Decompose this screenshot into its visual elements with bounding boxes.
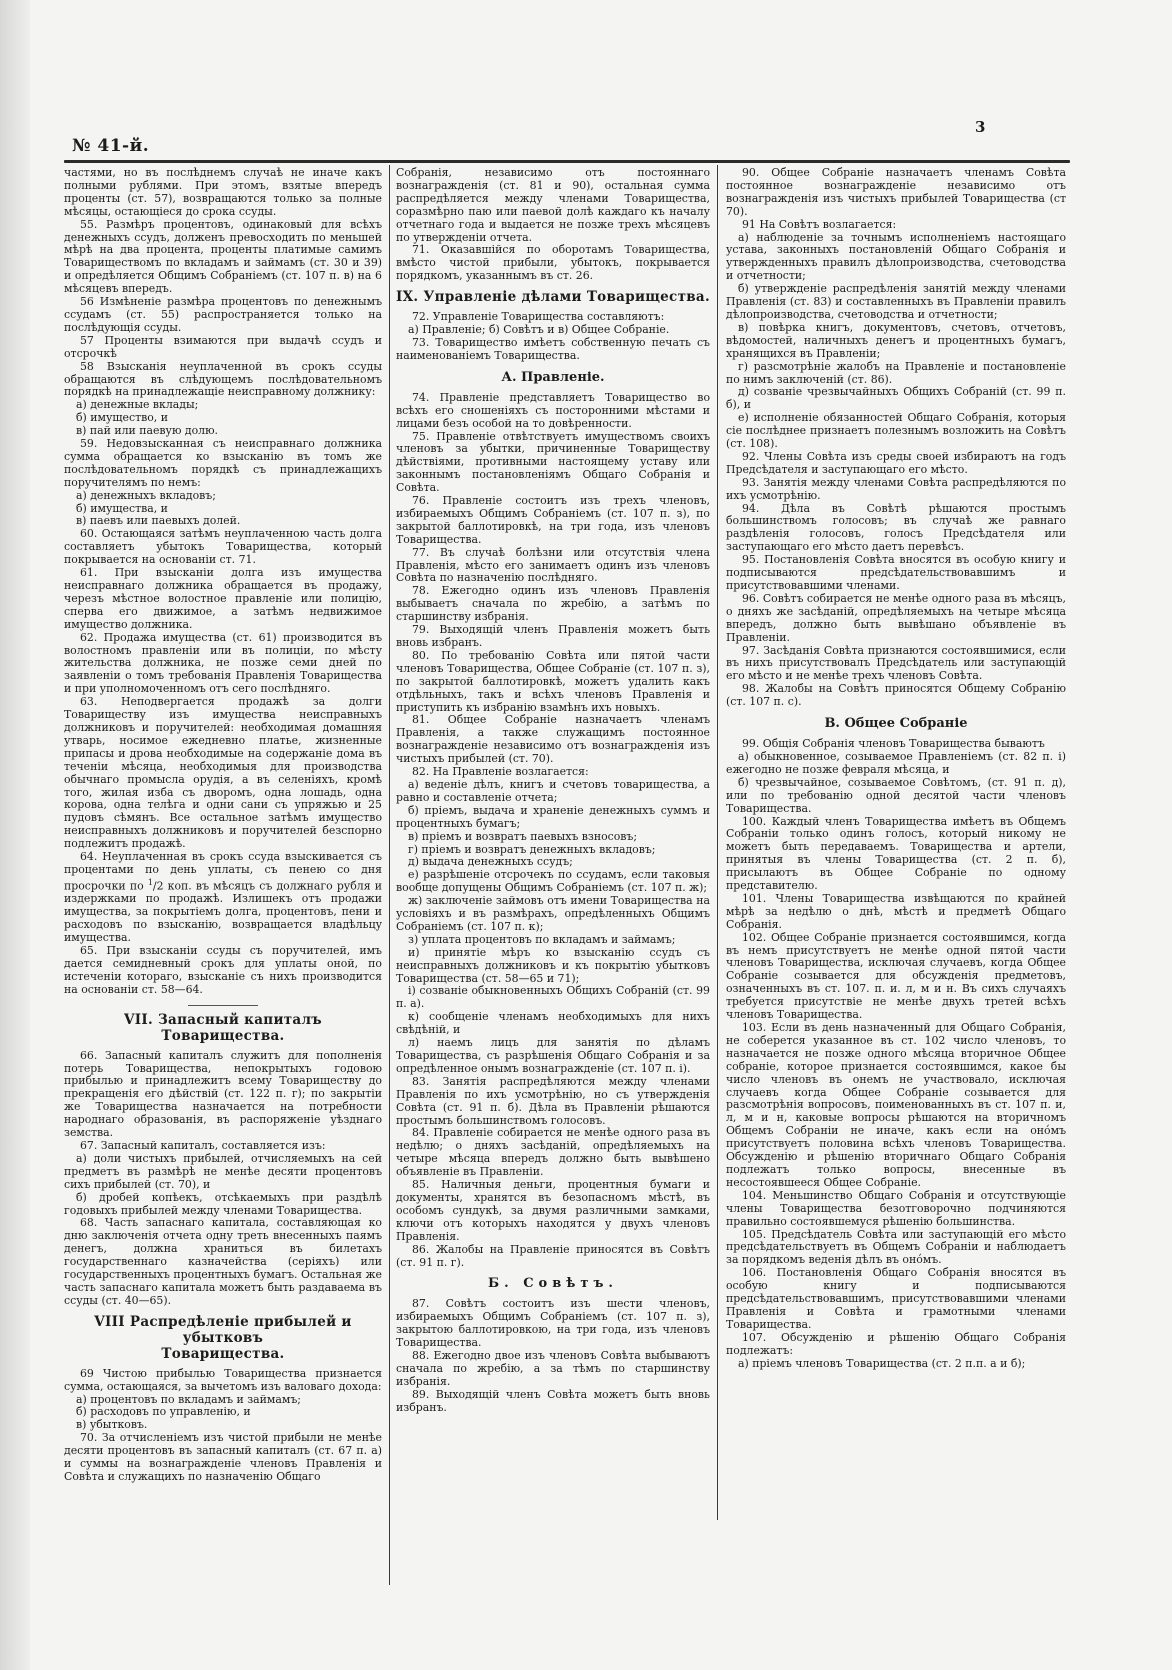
article-73: 73. Товарищество имѣетъ собственную печа… — [396, 337, 710, 363]
list-item: і) созваніе обыкновенныхъ Общихъ Собрані… — [396, 985, 710, 1011]
list-item: а) веденіе дѣлъ, книгъ и счетовъ товарищ… — [396, 779, 710, 805]
list-item: е) исполненіе обязанностей Общаго Собран… — [726, 412, 1066, 451]
list-item: б) утвержденіе распредѣленія занятій меж… — [726, 283, 1066, 322]
column-2: Собранія, независимо отъ постояннаго воз… — [396, 167, 710, 1415]
section-heading-viii: VIII Распредѣленіе прибылей и убытковъТо… — [64, 1314, 382, 1362]
list-item: в) пріемъ и возвратъ паевыхъ взносовъ; — [396, 831, 710, 844]
article-95: 95. Постановленія Совѣта вносятся въ осо… — [726, 554, 1066, 593]
article-78: 78. Ежегодно одинъ изъ членовъ Правленія… — [396, 585, 710, 624]
column-3: 90. Общее Собраніе назначаетъ членамъ Со… — [726, 167, 1066, 1370]
article-80: 80. По требованію Совѣта или пятой части… — [396, 650, 710, 715]
page-number: 3 — [975, 118, 985, 136]
article-105: 105. Предсѣдатель Совѣта или заступающій… — [726, 1229, 1066, 1268]
section-heading-ix: IX. Управленіе дѣлами Товарищества. — [396, 289, 710, 305]
list-item: д) созваніе чрезвычайныхъ Общихъ Собрані… — [726, 386, 1066, 412]
column-1: частями, но въ послѣднемъ случаѣ не инач… — [64, 167, 382, 1484]
list-item: б) пріемъ, выдача и храненіе денежныхъ с… — [396, 805, 710, 831]
article-90: 90. Общее Собраніе назначаетъ членамъ Со… — [726, 167, 1066, 219]
issue-number: № 41-й. — [72, 136, 149, 156]
article-60: 60. Остающаяся затѣмъ неуплаченною часть… — [64, 528, 382, 567]
list-item: б) дробей копѣекъ, отсѣкаемыхъ при раздѣ… — [64, 1192, 382, 1218]
list-item: а) обыкновенное, созываемое Правленіемъ … — [726, 751, 1066, 777]
article-62: 62. Продажа имущества (ст. 61) производи… — [64, 632, 382, 697]
article-103: 103. Если въ день назначенный для Общаго… — [726, 1022, 1066, 1190]
list-item: а) пріемъ членовъ Товарищества (ст. 2 п.… — [726, 1358, 1066, 1371]
article-88: 88. Ежегодно двое изъ членовъ Совѣта выб… — [396, 1350, 710, 1389]
article-61: 61. При взысканіи долга изъ имущества не… — [64, 567, 382, 632]
article-100: 100. Каждый членъ Товарищества имѣетъ въ… — [726, 816, 1066, 893]
article-63: 63. Неподвергается продажѣ за долги Това… — [64, 696, 382, 851]
article-98: 98. Жалобы на Совѣтъ приносятся Общему С… — [726, 683, 1066, 709]
article-87: 87. Совѣтъ состоитъ изъ шести членовъ, и… — [396, 1298, 710, 1350]
newspaper-page: № 41-й. 3 частями, но въ послѣднемъ случ… — [0, 0, 1172, 1670]
subsection-heading-b: Б. Совѣтъ. — [396, 1276, 710, 1291]
article-104: 104. Меньшинство Общаго Собранія и отсут… — [726, 1190, 1066, 1229]
article-56: 56 Измѣненіе размѣра процентовъ по денеж… — [64, 296, 382, 335]
list-item: в) повѣрка книгъ, документовъ, счетовъ, … — [726, 322, 1066, 361]
scan-margin — [0, 0, 30, 1670]
article-75: 75. Правленіе отвѣтствуетъ имуществомъ с… — [396, 431, 710, 496]
article-102: 102. Общее Собраніе признается состоявши… — [726, 932, 1066, 1022]
article-83: 83. Занятія распредѣляются между членами… — [396, 1076, 710, 1128]
article-65: 65. При взысканіи ссуды съ поручителей, … — [64, 945, 382, 997]
subsection-heading-v: В. Общее Собраніе — [726, 716, 1066, 731]
list-item: е) разрѣшеніе отсрочекъ по ссудамъ, если… — [396, 869, 710, 895]
article-91: 91 На Совѣтъ возлагается: — [726, 219, 1066, 232]
article-54-continued: частями, но въ послѣднемъ случаѣ не инач… — [64, 167, 382, 219]
article-77: 77. Въ случаѣ болѣзни или отсутствія чле… — [396, 547, 710, 586]
list-item: и) принятіе мѣръ ко взысканію ссудъ съ н… — [396, 947, 710, 986]
article-96: 96. Совѣтъ собирается не менѣе одного ра… — [726, 593, 1066, 645]
list-item: з) уплата процентовъ по вкладамъ и займа… — [396, 934, 710, 947]
article-58: 58 Взысканія неуплаченной въ срокъ ссуды… — [64, 361, 382, 400]
article-59: 59. Недовзысканная съ неисправнаго должн… — [64, 438, 382, 490]
list-item: ж) заключеніе займовъ отъ имени Товарище… — [396, 895, 710, 934]
article-92: 92. Члены Совѣта изъ среды своей избираю… — [726, 451, 1066, 477]
article-74: 74. Правленіе представляетъ Товарищество… — [396, 392, 710, 431]
article-71: 71. Оказавшійся по оборотамъ Товариществ… — [396, 244, 710, 283]
subsection-heading-a: А. Правленіе. — [396, 370, 710, 385]
list-item: л) наемъ лицъ для занятія по дѣламъ Това… — [396, 1037, 710, 1076]
article-85: 85. Наличныя деньги, процентныя бумаги и… — [396, 1179, 710, 1244]
list-item: б) чрезвычайное, созываемое Совѣтомъ, (с… — [726, 777, 1066, 816]
article-106: 106. Постановленія Общаго Собранія внося… — [726, 1267, 1066, 1332]
article-81: 81. Общее Собраніе назначаетъ членамъ Пр… — [396, 714, 710, 766]
list-item: к) сообщеніе членамъ необходимыхъ для ни… — [396, 1011, 710, 1037]
article-64: 64. Неуплаченная въ срокъ ссуда взыскива… — [64, 851, 382, 945]
article-94: 94. Дѣла въ Совѣтѣ рѣшаются простымъ бол… — [726, 503, 1066, 555]
column-divider — [389, 165, 390, 1585]
article-76: 76. Правленіе состоитъ изъ трехъ членовъ… — [396, 495, 710, 547]
list-item: а) доли чистыхъ прибылей, отчисляемыхъ н… — [64, 1153, 382, 1192]
column-divider — [717, 165, 718, 1520]
article-69: 69 Чистою прибылью Товарищества признает… — [64, 1368, 382, 1394]
article-55: 55. Размѣръ процентовъ, одинаковый для в… — [64, 219, 382, 296]
list-item: а) наблюденіе за точнымъ исполненіемъ на… — [726, 232, 1066, 284]
article-68: 68. Часть запаснаго капитала, составляющ… — [64, 1217, 382, 1307]
article-107: 107. Обсужденію и рѣшенію Общаго Собрані… — [726, 1332, 1066, 1358]
section-separator — [188, 1005, 258, 1006]
header-rule — [64, 160, 1070, 163]
article-70-continued: Собранія, независимо отъ постояннаго воз… — [396, 167, 710, 244]
article-97: 97. Засѣданія Совѣта признаются состоявш… — [726, 645, 1066, 684]
list-item: а) денежныхъ вкладовъ; — [64, 490, 382, 503]
article-89: 89. Выходящій членъ Совѣта можетъ быть в… — [396, 1389, 710, 1415]
article-67: 67. Запасный капиталъ, составляется изъ: — [64, 1140, 382, 1153]
section-heading-viii-line2: Товарищества. — [161, 1346, 284, 1362]
article-84: 84. Правленіе собирается не менѣе одного… — [396, 1127, 710, 1179]
article-79: 79. Выходящій членъ Правленія можетъ быт… — [396, 624, 710, 650]
article-93: 93. Занятія между членами Совѣта распред… — [726, 477, 1066, 503]
article-86: 86. Жалобы на Правленіе приносятся въ Со… — [396, 1244, 710, 1270]
article-57: 57 Проценты взимаются при выдачѣ ссудъ и… — [64, 335, 382, 361]
article-70: 70. За отчисленіемъ изъ чистой прибыли н… — [64, 1432, 382, 1484]
section-heading-vii: VII. Запасный капиталъ Товарищества. — [64, 1012, 382, 1044]
list-item: г) разсмотрѣніе жалобъ на Правленіе и по… — [726, 361, 1066, 387]
article-101: 101. Члены Товарищества извѣщаются по кр… — [726, 893, 1066, 932]
article-66: 66. Запасный капиталъ служитъ для пополн… — [64, 1050, 382, 1140]
section-heading-viii-line1: VIII Распредѣленіе прибылей и убытковъ — [94, 1314, 351, 1346]
